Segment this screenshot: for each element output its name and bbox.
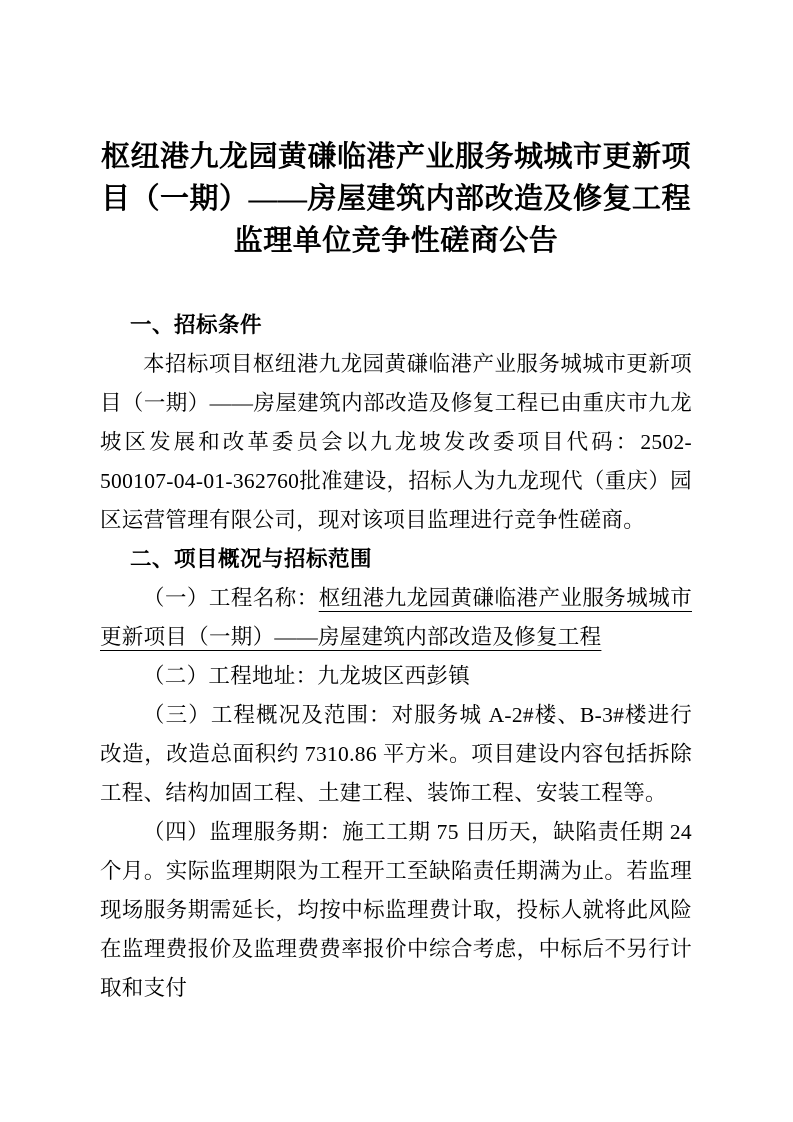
document-page: 枢纽港九龙园黄磏临港产业服务城城市更新项目（一期）——房屋建筑内部改造及修复工程… (0, 0, 793, 1122)
project-address-label: （二）工程地址： (143, 664, 317, 688)
tender-conditions-paragraph: 本招标项目枢纽港九龙园黄磏临港产业服务城城市更新项目（一期）——房屋建筑内部改造… (100, 345, 692, 540)
section-heading-project-overview: 二、项目概况与招标范围 (100, 540, 692, 579)
project-address-item: （二）工程地址：九龙坡区西彭镇 (100, 657, 692, 696)
supervision-period-value: 施工工期 75 日历天，缺陷责任期 24 个月。实际监理期限为工程开工至缺陷责任… (100, 820, 692, 1000)
project-name-item: （一）工程名称：枢纽港九龙园黄磏临港产业服务城城市更新项目（一期）——房屋建筑内… (100, 579, 692, 657)
supervision-period-label: （四）监理服务期： (143, 820, 342, 844)
document-title: 枢纽港九龙园黄磏临港产业服务城城市更新项目（一期）——房屋建筑内部改造及修复工程… (100, 136, 692, 262)
project-scope-item: （三）工程概况及范围：对服务城 A-2#楼、B-3#楼进行改造，改造总面积约 7… (100, 696, 692, 813)
supervision-period-item: （四）监理服务期：施工工期 75 日历天，缺陷责任期 24 个月。实际监理期限为… (100, 813, 692, 1008)
section-heading-tender-conditions: 一、招标条件 (100, 306, 692, 345)
project-address-value: 九龙坡区西彭镇 (317, 664, 470, 688)
project-name-label: （一）工程名称： (143, 586, 319, 610)
document-content: 枢纽港九龙园黄磏临港产业服务城城市更新项目（一期）——房屋建筑内部改造及修复工程… (100, 136, 692, 1008)
project-scope-label: （三）工程概况及范围： (143, 703, 392, 727)
